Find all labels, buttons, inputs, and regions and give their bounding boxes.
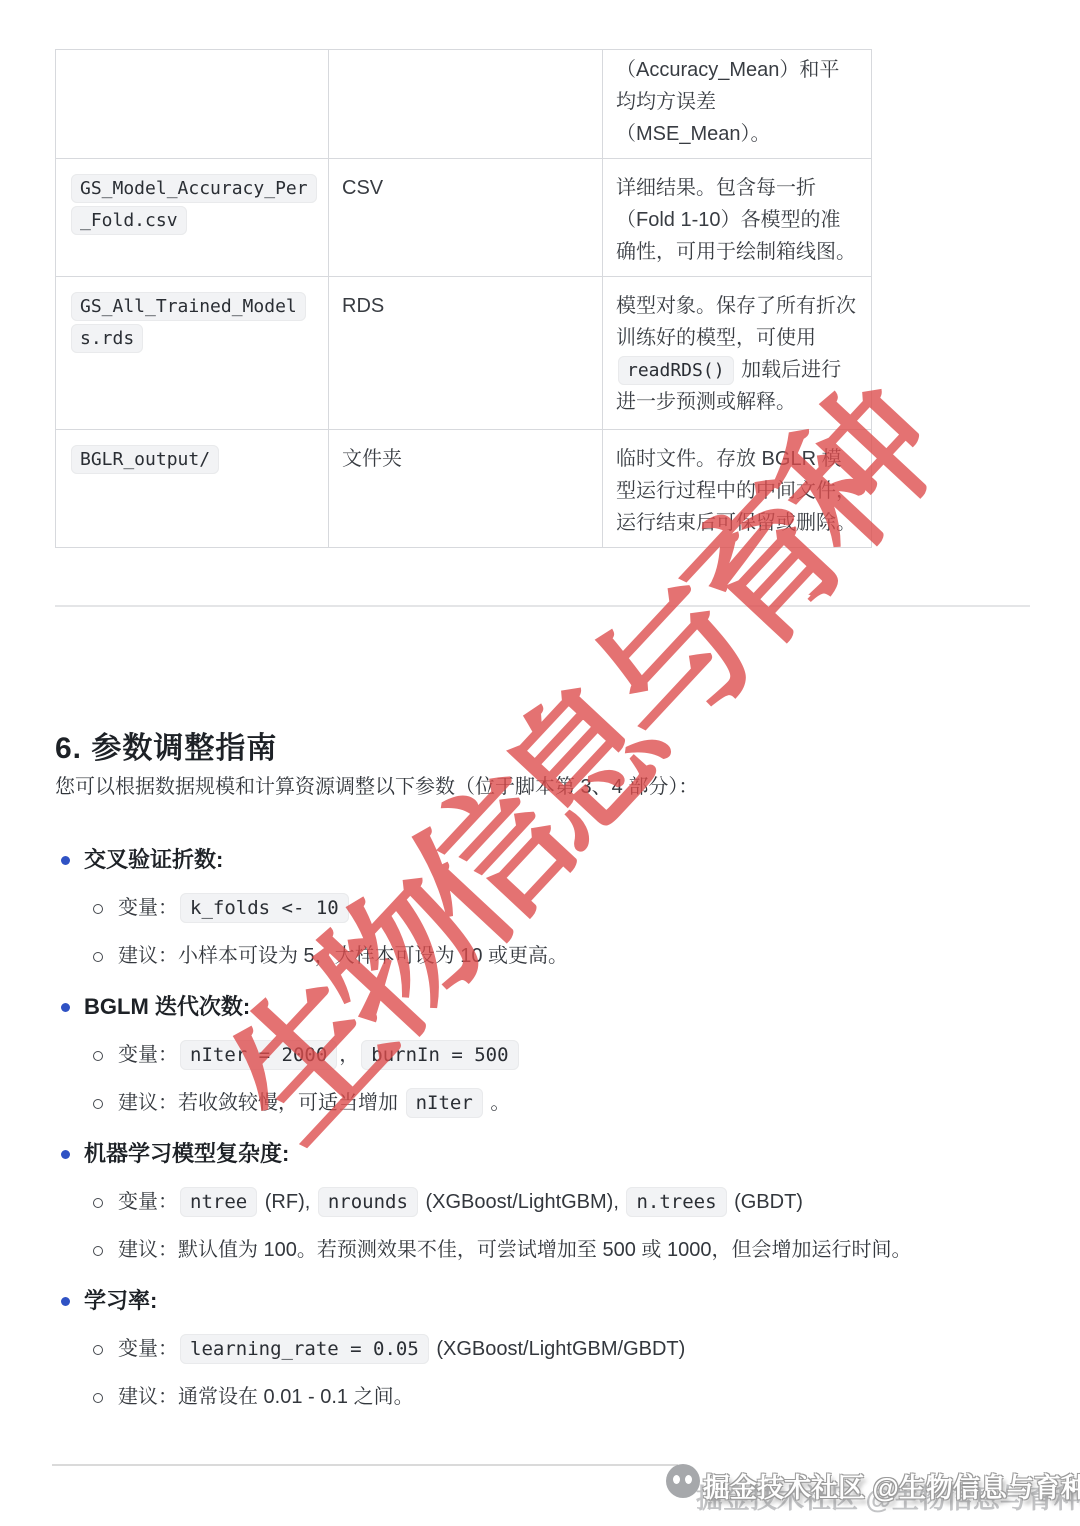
inline-code-chip: GS_Model_Accuracy_Per_Fold.csv <box>71 174 317 235</box>
table-row: GS_All_Trained_Models.rds RDS 模型对象。保存了所有… <box>56 277 872 430</box>
param-title: 交叉验证折数: <box>55 845 1030 875</box>
bullet-dot-icon <box>61 1297 70 1306</box>
bullet-dot-icon <box>61 1003 70 1012</box>
section-intro: 您可以根据数据规模和计算资源调整以下参数（位于脚本第 3、4 部分）： <box>55 772 1015 802</box>
output-files-table: （Accuracy_Mean）和平均均方误差（MSE_Mean）。 GS_Mod… <box>55 49 872 548</box>
inline-code-chip: n.trees <box>626 1187 726 1217</box>
param-block-cv-folds: 交叉验证折数: 变量：k_folds <- 10 建议：小样本可设为 5，大样本… <box>55 845 1030 974</box>
juejin-mascot-icon <box>666 1464 700 1498</box>
table-cell-file <box>56 50 329 159</box>
bullet-dot-icon <box>61 1150 70 1159</box>
table-cell-file: GS_All_Trained_Models.rds <box>56 277 329 430</box>
table-row: （Accuracy_Mean）和平均均方误差（MSE_Mean）。 <box>56 50 872 159</box>
table-row: GS_Model_Accuracy_Per_Fold.csv CSV 详细结果。… <box>56 159 872 277</box>
inline-code-chip: GS_All_Trained_Models.rds <box>71 292 306 353</box>
table-cell-description: （Accuracy_Mean）和平均均方误差（MSE_Mean）。 <box>603 50 872 159</box>
param-variable-line: 变量：ntree (RF), nrounds (XGBoost/LightGBM… <box>55 1184 1030 1220</box>
inline-code-chip: burnIn = 500 <box>361 1040 518 1070</box>
sub-bullet-circle-icon <box>93 1345 103 1355</box>
inline-code-chip: BGLR_output/ <box>71 445 219 474</box>
table-cell-description: 模型对象。保存了所有折次训练好的模型，可使用 readRDS() 加载后进行进一… <box>603 277 872 430</box>
param-variable-line: 变量：learning_rate = 0.05 (XGBoost/LightGB… <box>55 1331 1030 1367</box>
sub-bullet-circle-icon <box>93 952 103 962</box>
inline-code-chip: k_folds <- 10 <box>180 893 349 923</box>
param-title: 学习率: <box>55 1286 1030 1316</box>
inline-code-chip: nIter <box>406 1088 483 1118</box>
footer-divider <box>52 1464 678 1466</box>
inline-code-chip: ntree <box>180 1187 257 1217</box>
table-cell-type: 文件夹 <box>329 430 603 548</box>
param-title: BGLM 迭代次数: <box>55 992 1030 1022</box>
table-cell-description: 临时文件。存放 BGLR 模型运行过程中的中间文件，运行结束后可保留或删除。 <box>603 430 872 548</box>
sub-bullet-circle-icon <box>93 1099 103 1109</box>
sub-bullet-circle-icon <box>93 1198 103 1208</box>
param-block-ml-complexity: 机器学习模型复杂度: 变量：ntree (RF), nrounds (XGBoo… <box>55 1139 1030 1268</box>
param-variable-line: 变量：nIter = 2000，burnIn = 500 <box>55 1037 1030 1073</box>
inline-code-chip: nIter = 2000 <box>180 1040 337 1070</box>
param-block-learning-rate: 学习率: 变量：learning_rate = 0.05 (XGBoost/Li… <box>55 1286 1030 1415</box>
table-cell-description: 详细结果。包含每一折（Fold 1-10）各模型的准确性，可用于绘制箱线图。 <box>603 159 872 277</box>
parameter-list: 交叉验证折数: 变量：k_folds <- 10 建议：小样本可设为 5，大样本… <box>55 845 1030 1433</box>
param-advice-line: 建议：通常设在 0.01 - 0.1 之间。 <box>55 1379 1030 1415</box>
param-block-bglm-iterations: BGLM 迭代次数: 变量：nIter = 2000，burnIn = 500 … <box>55 992 1030 1121</box>
sub-bullet-circle-icon <box>93 1246 103 1256</box>
section-heading: 6. 参数调整指南 <box>55 723 277 767</box>
table-cell-file: BGLR_output/ <box>56 430 329 548</box>
inline-code-chip: nrounds <box>318 1187 418 1217</box>
param-advice-line: 建议：若收敛较慢，可适当增加 nIter 。 <box>55 1085 1030 1121</box>
inline-code-chip: learning_rate = 0.05 <box>180 1334 429 1364</box>
param-advice-line: 建议：小样本可设为 5，大样本可设为 10 或更高。 <box>55 938 1030 974</box>
inline-code-chip: readRDS() <box>618 356 734 385</box>
param-advice-line: 建议：默认值为 100。若预测效果不佳，可尝试增加至 500 或 1000，但会… <box>55 1232 1030 1268</box>
footer-credit: 掘金技术社区 @生物信息与育种 <box>703 1466 1080 1505</box>
table-cell-type <box>329 50 603 159</box>
param-variable-line: 变量：k_folds <- 10 <box>55 890 1030 926</box>
sub-bullet-circle-icon <box>93 1051 103 1061</box>
sub-bullet-circle-icon <box>93 1393 103 1403</box>
table-cell-type: RDS <box>329 277 603 430</box>
bullet-dot-icon <box>61 856 70 865</box>
table-cell-file: GS_Model_Accuracy_Per_Fold.csv <box>56 159 329 277</box>
section-divider <box>55 605 1030 607</box>
table-cell-type: CSV <box>329 159 603 277</box>
table-row: BGLR_output/ 文件夹 临时文件。存放 BGLR 模型运行过程中的中间… <box>56 430 872 548</box>
sub-bullet-circle-icon <box>93 904 103 914</box>
param-title: 机器学习模型复杂度: <box>55 1139 1030 1169</box>
